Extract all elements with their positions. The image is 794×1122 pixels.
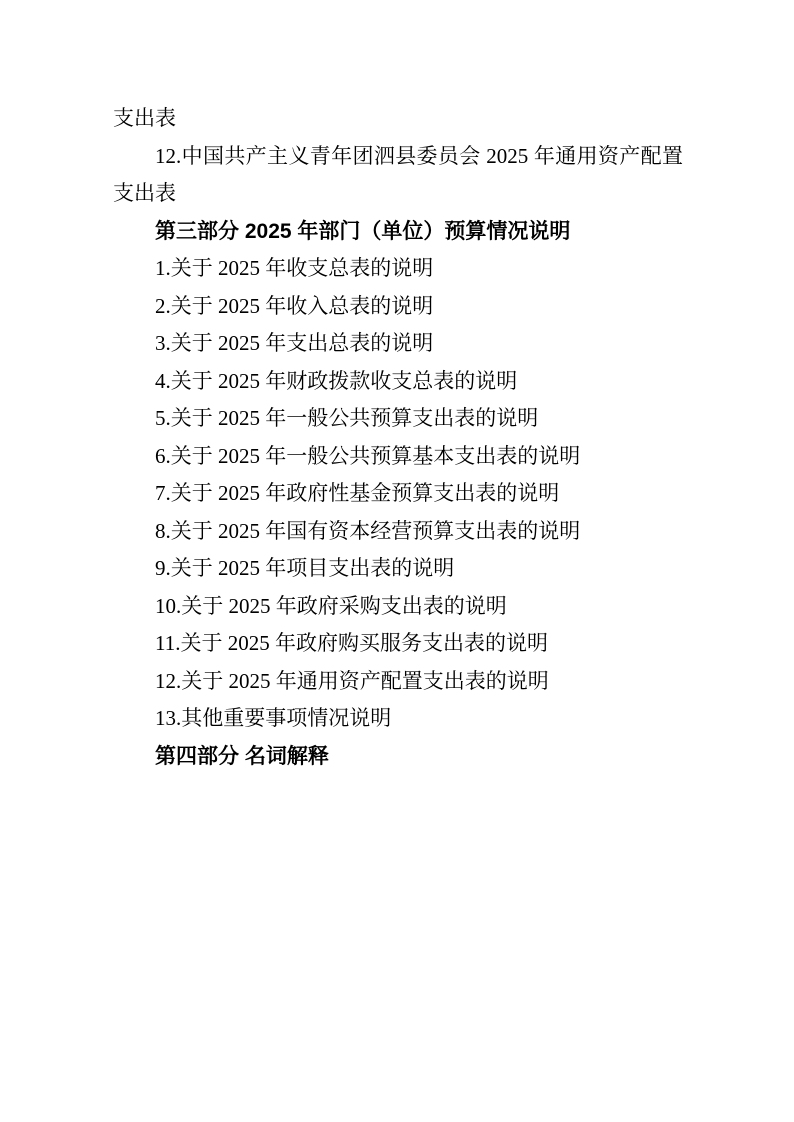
document-line: 支出表	[113, 175, 683, 213]
document-line: 支出表	[113, 100, 683, 138]
document-line: 12.中国共产主义青年团泗县委员会 2025 年通用资产配置	[113, 138, 683, 176]
document-line: 2.关于 2025 年收入总表的说明	[113, 288, 683, 326]
document-page: 支出表12.中国共产主义青年团泗县委员会 2025 年通用资产配置支出表第三部分…	[0, 0, 794, 1122]
document-line: 10.关于 2025 年政府采购支出表的说明	[113, 588, 683, 626]
document-line: 8.关于 2025 年国有资本经营预算支出表的说明	[113, 513, 683, 551]
document-line: 3.关于 2025 年支出总表的说明	[113, 325, 683, 363]
section-heading: 第四部分 名词解释	[113, 738, 683, 776]
document-line: 13.其他重要事项情况说明	[113, 700, 683, 738]
document-line: 11.关于 2025 年政府购买服务支出表的说明	[113, 625, 683, 663]
document-line: 12.关于 2025 年通用资产配置支出表的说明	[113, 663, 683, 701]
document-line: 4.关于 2025 年财政拨款收支总表的说明	[113, 363, 683, 401]
document-content: 支出表12.中国共产主义青年团泗县委员会 2025 年通用资产配置支出表第三部分…	[113, 100, 683, 775]
document-line: 9.关于 2025 年项目支出表的说明	[113, 550, 683, 588]
section-heading: 第三部分 2025 年部门（单位）预算情况说明	[113, 213, 683, 251]
document-line: 6.关于 2025 年一般公共预算基本支出表的说明	[113, 438, 683, 476]
document-line: 1.关于 2025 年收支总表的说明	[113, 250, 683, 288]
document-line: 5.关于 2025 年一般公共预算支出表的说明	[113, 400, 683, 438]
document-line: 7.关于 2025 年政府性基金预算支出表的说明	[113, 475, 683, 513]
